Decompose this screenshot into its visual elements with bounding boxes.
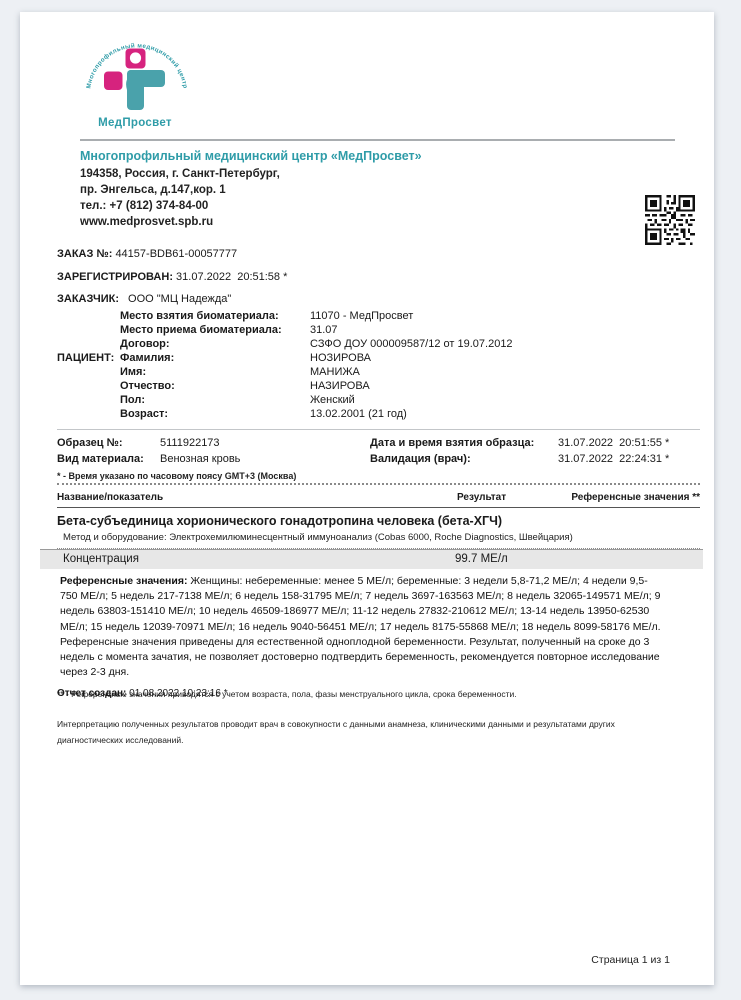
report-created-value: 01.08.2022 10:23:16 * bbox=[129, 688, 227, 699]
sample-row: Валидация (врач): 31.07.2022 22:24:31 * bbox=[370, 451, 700, 467]
material-type-value: Венозная кровь bbox=[160, 451, 240, 467]
order-detail-row: Место взятия биоматериала: 11070 - МедПр… bbox=[57, 309, 700, 323]
sample-row: Вид материала: Венозная кровь bbox=[57, 451, 370, 467]
order-section: ЗАКАЗ №: 44157-BDB61-00057777 ЗАРЕГИСТРИ… bbox=[57, 246, 700, 421]
clinic-logo: Многопрофильный медицинский центр МедПро… bbox=[77, 32, 197, 137]
header-divider bbox=[80, 139, 675, 141]
sample-number-value: 5111922173 bbox=[160, 435, 220, 451]
patient-firstname-label: Имя: bbox=[120, 365, 310, 379]
reference-values-text: Женщины: небеременные: менее 5 МЕ/л; бер… bbox=[60, 575, 663, 678]
clinic-address-line1: 194358, Россия, г. Санкт-Петербург, bbox=[80, 166, 700, 182]
method-label: Метод и оборудование: bbox=[63, 532, 167, 543]
sample-row: Образец №: 5111922173 bbox=[57, 435, 370, 451]
validation-label: Валидация (врач): bbox=[370, 451, 558, 467]
patient-sex-value: Женский bbox=[310, 393, 700, 407]
customer-value: ООО "МЦ Надежда" bbox=[128, 293, 231, 305]
order-number-value: 44157-BDB61-00057777 bbox=[115, 248, 237, 260]
logo-wordmark: МедПросвет bbox=[98, 117, 172, 129]
report-created-line: Отчет создан: 01.08.2022 10:23:16 * bbox=[57, 688, 228, 699]
order-detail-row: Договор: СЗФО ДОУ 000009587/12 от 19.07.… bbox=[57, 337, 700, 351]
column-reference: Референсные значения ** bbox=[571, 492, 700, 503]
patient-section-label: ПАЦИЕНТ: bbox=[57, 351, 120, 365]
page-number: Страница 1 из 1 bbox=[591, 954, 670, 966]
sample-datetime-label: Дата и время взятия образца: bbox=[370, 435, 558, 451]
biomaterial-reception-place-label: Место приема биоматериала: bbox=[120, 323, 310, 337]
document-page: Многопрофильный медицинский центр МедПро… bbox=[20, 12, 714, 985]
sample-datetime-value: 31.07.2022 20:51:55 * bbox=[558, 435, 669, 451]
reference-values-paragraph: Референсные значения: Женщины: неберемен… bbox=[60, 574, 662, 680]
column-result: Результат bbox=[457, 492, 506, 503]
biomaterial-reception-place-value: 31.07 bbox=[310, 323, 700, 337]
patient-row: Пол: Женский bbox=[57, 393, 700, 407]
patient-middlename-label: Отчество: bbox=[120, 379, 310, 393]
patient-row: Отчество: НАЗИРОВА bbox=[57, 379, 700, 393]
patient-sex-label: Пол: bbox=[120, 393, 310, 407]
method-line: Метод и оборудование: Электрохемилюминес… bbox=[63, 532, 700, 543]
patient-row: ПАЦИЕНТ: Фамилия: НОЗИРОВА bbox=[57, 351, 700, 365]
section-divider bbox=[57, 429, 700, 430]
patient-lastname-label: Фамилия: bbox=[120, 351, 310, 365]
contract-value: СЗФО ДОУ 000009587/12 от 19.07.2012 bbox=[310, 337, 700, 351]
reference-values-label: Референсные значения: bbox=[60, 575, 187, 587]
qr-code bbox=[645, 195, 695, 245]
registered-label: ЗАРЕГИСТРИРОВАН: bbox=[57, 271, 173, 283]
patient-middlename-value: НАЗИРОВА bbox=[310, 379, 700, 393]
order-number-label: ЗАКАЗ №: bbox=[57, 248, 112, 260]
customer-label: ЗАКАЗЧИК: bbox=[57, 293, 119, 305]
logo-cross-icon bbox=[104, 49, 165, 111]
sample-section: Образец №: 5111922173 Вид материала: Вен… bbox=[57, 435, 700, 467]
test-name: Бета-субъединица хорионического гонадотр… bbox=[57, 514, 700, 528]
validation-value: 31.07.2022 22:24:31 * bbox=[558, 451, 669, 467]
analyte-name: Концентрация bbox=[63, 553, 139, 565]
clinic-phone: тел.: +7 (812) 374-84-00 bbox=[80, 198, 700, 214]
patient-row: Имя: МАНИЖА bbox=[57, 365, 700, 379]
patient-age-value: 13.02.2001 (21 год) bbox=[310, 407, 700, 421]
timezone-note: * - Время указано по часовому поясу GMT+… bbox=[57, 471, 700, 481]
results-header: Название/показатель Результат Референсны… bbox=[57, 485, 700, 508]
contract-label: Договор: bbox=[120, 337, 310, 351]
result-value: 99.7 МЕ/л bbox=[455, 552, 508, 566]
sample-number-label: Образец №: bbox=[57, 435, 160, 451]
interpretation-note: Интерпретацию полученных результатов про… bbox=[57, 716, 627, 748]
result-row: Концентрация 99.7 МЕ/л bbox=[40, 549, 703, 569]
clinic-website: www.medprosvet.spb.ru bbox=[80, 214, 700, 230]
biomaterial-collection-place-value: 11070 - МедПросвет bbox=[310, 309, 700, 323]
biomaterial-collection-place-label: Место взятия биоматериала: bbox=[120, 309, 310, 323]
order-detail-row: Место приема биоматериала: 31.07 bbox=[57, 323, 700, 337]
clinic-name: Многопрофильный медицинский центр «МедПр… bbox=[80, 149, 700, 163]
sample-row: Дата и время взятия образца: 31.07.2022 … bbox=[370, 435, 700, 451]
method-value: Электрохемилюминесцентный иммуноанализ (… bbox=[169, 532, 573, 543]
clinic-address-line2: пр. Энгельса, д.147,кор. 1 bbox=[80, 182, 700, 198]
material-type-label: Вид материала: bbox=[57, 451, 160, 467]
patient-firstname-value: МАНИЖА bbox=[310, 365, 700, 379]
medprosvet-logo-icon: Многопрофильный медицинский центр МедПро… bbox=[77, 32, 197, 132]
patient-age-label: Возраст: bbox=[120, 407, 310, 421]
patient-lastname-value: НОЗИРОВА bbox=[310, 351, 700, 365]
patient-row: Возраст: 13.02.2001 (21 год) bbox=[57, 407, 700, 421]
registered-value: 31.07.2022 20:51:58 * bbox=[176, 271, 287, 283]
column-name: Название/показатель bbox=[57, 492, 163, 503]
report-created-label: Отчет создан: bbox=[57, 688, 126, 699]
